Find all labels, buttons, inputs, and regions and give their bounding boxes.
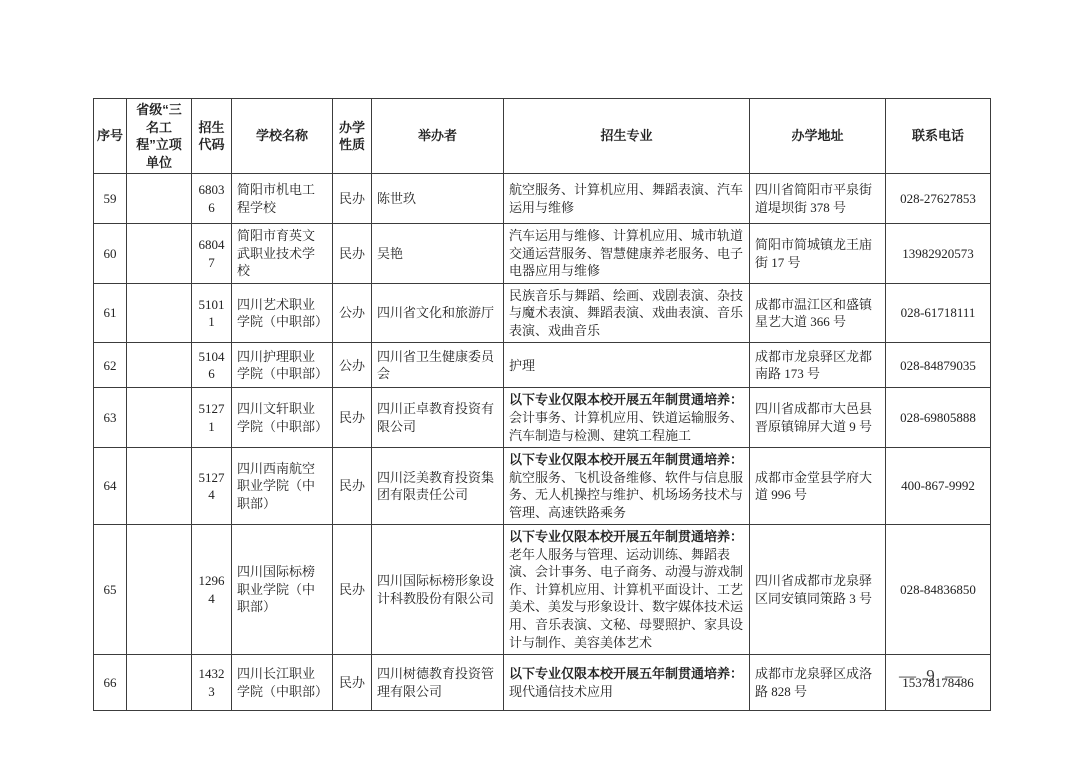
table-row: 6451274四川西南航空职业学院（中职部）民办四川泛美教育投资集团有限责任公司…: [94, 448, 991, 525]
cell-majors: 汽车运用与维修、计算机应用、城市轨道交通运营服务、智慧健康养老服务、电子电器应用…: [504, 224, 750, 284]
table-header-col-code: 招生代码: [192, 99, 232, 174]
cell-majors: 以下专业仅限本校开展五年制贯通培养：老年人服务与管理、运动训练、舞蹈表演、会计事…: [504, 525, 750, 655]
cell-organizer: 吴艳: [372, 224, 504, 284]
cell-organizer: 陈世玖: [372, 174, 504, 224]
table-row: 6251046四川护理职业学院（中职部）公办四川省卫生健康委员会护理成都市龙泉驿…: [94, 343, 991, 388]
cell-phone: 028-84879035: [886, 343, 991, 388]
cell-school: 简阳市机电工程学校: [232, 174, 333, 224]
cell-school: 四川西南航空职业学院（中职部）: [232, 448, 333, 525]
cell-project-unit: [127, 448, 192, 525]
cell-school: 四川长江职业学院（中职部）: [232, 655, 333, 711]
table-row: 6614323四川长江职业学院（中职部）民办四川树德教育投资管理有限公司以下专业…: [94, 655, 991, 711]
cell-phone: 13982920573: [886, 224, 991, 284]
cell-address: 成都市龙泉驿区成洛路 828 号: [750, 655, 886, 711]
cell-type: 民办: [333, 388, 372, 448]
table-header-row: 序号省级“三名工程”立项单位招生代码学校名称办学性质举办者招生专业办学地址联系电…: [94, 99, 991, 174]
cell-address: 成都市金堂县学府大道 996 号: [750, 448, 886, 525]
cell-majors: 以下专业仅限本校开展五年制贯通培养：现代通信技术应用: [504, 655, 750, 711]
table-row: 6351271四川文轩职业学院（中职部）民办四川正卓教育投资有限公司以下专业仅限…: [94, 388, 991, 448]
cell-majors: 以下专业仅限本校开展五年制贯通培养：会计事务、计算机应用、铁道运输服务、汽车制造…: [504, 388, 750, 448]
table-row: 5968036简阳市机电工程学校民办陈世玖航空服务、计算机应用、舞蹈表演、汽车运…: [94, 174, 991, 224]
cell-code: 51274: [192, 448, 232, 525]
cell-code: 68047: [192, 224, 232, 284]
table-header-col-address: 办学地址: [750, 99, 886, 174]
cell-project-unit: [127, 343, 192, 388]
cell-school: 四川艺术职业学院（中职部）: [232, 283, 333, 343]
cell-project-unit: [127, 224, 192, 284]
table-header-col-project-unit: 省级“三名工程”立项单位: [127, 99, 192, 174]
table-row: 6068047简阳市育英文武职业技术学校民办吴艳汽车运用与维修、计算机应用、城市…: [94, 224, 991, 284]
cell-type: 民办: [333, 525, 372, 655]
cell-seq: 59: [94, 174, 127, 224]
majors-list: 老年人服务与管理、运动训练、舞蹈表演、会计事务、电子商务、动漫与游戏制作、计算机…: [509, 546, 744, 651]
cell-type: 公办: [333, 283, 372, 343]
table-header-col-type: 办学性质: [333, 99, 372, 174]
cell-school: 四川护理职业学院（中职部）: [232, 343, 333, 388]
cell-organizer: 四川树德教育投资管理有限公司: [372, 655, 504, 711]
cell-address: 成都市温江区和盛镇星艺大道 366 号: [750, 283, 886, 343]
document-page: 序号省级“三名工程”立项单位招生代码学校名称办学性质举办者招生专业办学地址联系电…: [0, 0, 1080, 764]
cell-seq: 62: [94, 343, 127, 388]
cell-seq: 61: [94, 283, 127, 343]
cell-address: 成都市龙泉驿区龙都南路 173 号: [750, 343, 886, 388]
cell-majors: 民族音乐与舞蹈、绘画、戏剧表演、杂技与魔术表演、舞蹈表演、戏曲表演、音乐表演、戏…: [504, 283, 750, 343]
cell-type: 民办: [333, 224, 372, 284]
schools-table: 序号省级“三名工程”立项单位招生代码学校名称办学性质举办者招生专业办学地址联系电…: [93, 98, 991, 711]
cell-project-unit: [127, 174, 192, 224]
cell-code: 68036: [192, 174, 232, 224]
table-header-col-school: 学校名称: [232, 99, 333, 174]
cell-type: 民办: [333, 174, 372, 224]
majors-list: 会计事务、计算机应用、铁道运输服务、汽车制造与检测、建筑工程施工: [509, 409, 744, 444]
cell-address: 四川省简阳市平泉街道堤坝街 378 号: [750, 174, 886, 224]
table-header-col-seq: 序号: [94, 99, 127, 174]
cell-phone: 028-69805888: [886, 388, 991, 448]
cell-type: 民办: [333, 448, 372, 525]
cell-phone: 028-27627853: [886, 174, 991, 224]
cell-phone: 028-84836850: [886, 525, 991, 655]
cell-school: 简阳市育英文武职业技术学校: [232, 224, 333, 284]
majors-note: 以下专业仅限本校开展五年制贯通培养：: [509, 528, 744, 546]
page-number: — 9 —: [872, 666, 992, 686]
table-row: 6512964四川国际标榜职业学院（中职部）民办四川国际标榜形象设计科教股份有限…: [94, 525, 991, 655]
cell-seq: 63: [94, 388, 127, 448]
cell-code: 51271: [192, 388, 232, 448]
cell-project-unit: [127, 388, 192, 448]
cell-majors: 以下专业仅限本校开展五年制贯通培养：航空服务、飞机设备维修、软件与信息服务、无人…: [504, 448, 750, 525]
majors-list: 护理: [509, 357, 744, 375]
table-header-col-organizer: 举办者: [372, 99, 504, 174]
cell-school: 四川文轩职业学院（中职部）: [232, 388, 333, 448]
cell-majors: 航空服务、计算机应用、舞蹈表演、汽车运用与维修: [504, 174, 750, 224]
majors-note: 以下专业仅限本校开展五年制贯通培养：: [509, 391, 744, 409]
majors-list: 汽车运用与维修、计算机应用、城市轨道交通运营服务、智慧健康养老服务、电子电器应用…: [509, 227, 744, 280]
table-header-col-phone: 联系电话: [886, 99, 991, 174]
cell-seq: 60: [94, 224, 127, 284]
cell-majors: 护理: [504, 343, 750, 388]
cell-code: 51046: [192, 343, 232, 388]
cell-organizer: 四川国际标榜形象设计科教股份有限公司: [372, 525, 504, 655]
cell-project-unit: [127, 655, 192, 711]
cell-school: 四川国际标榜职业学院（中职部）: [232, 525, 333, 655]
cell-organizer: 四川省文化和旅游厅: [372, 283, 504, 343]
cell-address: 四川省成都市大邑县晋原镇锦屏大道 9 号: [750, 388, 886, 448]
majors-note: 以下专业仅限本校开展五年制贯通培养：: [509, 451, 744, 469]
cell-address: 四川省成都市龙泉驿区同安镇同策路 3 号: [750, 525, 886, 655]
cell-organizer: 四川省卫生健康委员会: [372, 343, 504, 388]
majors-note: 以下专业仅限本校开展五年制贯通培养：: [509, 665, 744, 683]
cell-project-unit: [127, 525, 192, 655]
cell-code: 51011: [192, 283, 232, 343]
majors-list: 航空服务、计算机应用、舞蹈表演、汽车运用与维修: [509, 181, 744, 216]
cell-phone: 400-867-9992: [886, 448, 991, 525]
cell-code: 12964: [192, 525, 232, 655]
majors-list: 民族音乐与舞蹈、绘画、戏剧表演、杂技与魔术表演、舞蹈表演、戏曲表演、音乐表演、戏…: [509, 287, 744, 340]
majors-list: 航空服务、飞机设备维修、软件与信息服务、无人机操控与维护、机场场务技术与管理、高…: [509, 469, 744, 522]
cell-seq: 66: [94, 655, 127, 711]
cell-address: 简阳市简城镇龙王庙街 17 号: [750, 224, 886, 284]
table-row: 6151011四川艺术职业学院（中职部）公办四川省文化和旅游厅民族音乐与舞蹈、绘…: [94, 283, 991, 343]
majors-list: 现代通信技术应用: [509, 683, 744, 701]
cell-type: 公办: [333, 343, 372, 388]
cell-code: 14323: [192, 655, 232, 711]
cell-organizer: 四川泛美教育投资集团有限责任公司: [372, 448, 504, 525]
cell-phone: 028-61718111: [886, 283, 991, 343]
cell-organizer: 四川正卓教育投资有限公司: [372, 388, 504, 448]
cell-type: 民办: [333, 655, 372, 711]
table-header-col-majors: 招生专业: [504, 99, 750, 174]
cell-project-unit: [127, 283, 192, 343]
cell-seq: 65: [94, 525, 127, 655]
cell-seq: 64: [94, 448, 127, 525]
